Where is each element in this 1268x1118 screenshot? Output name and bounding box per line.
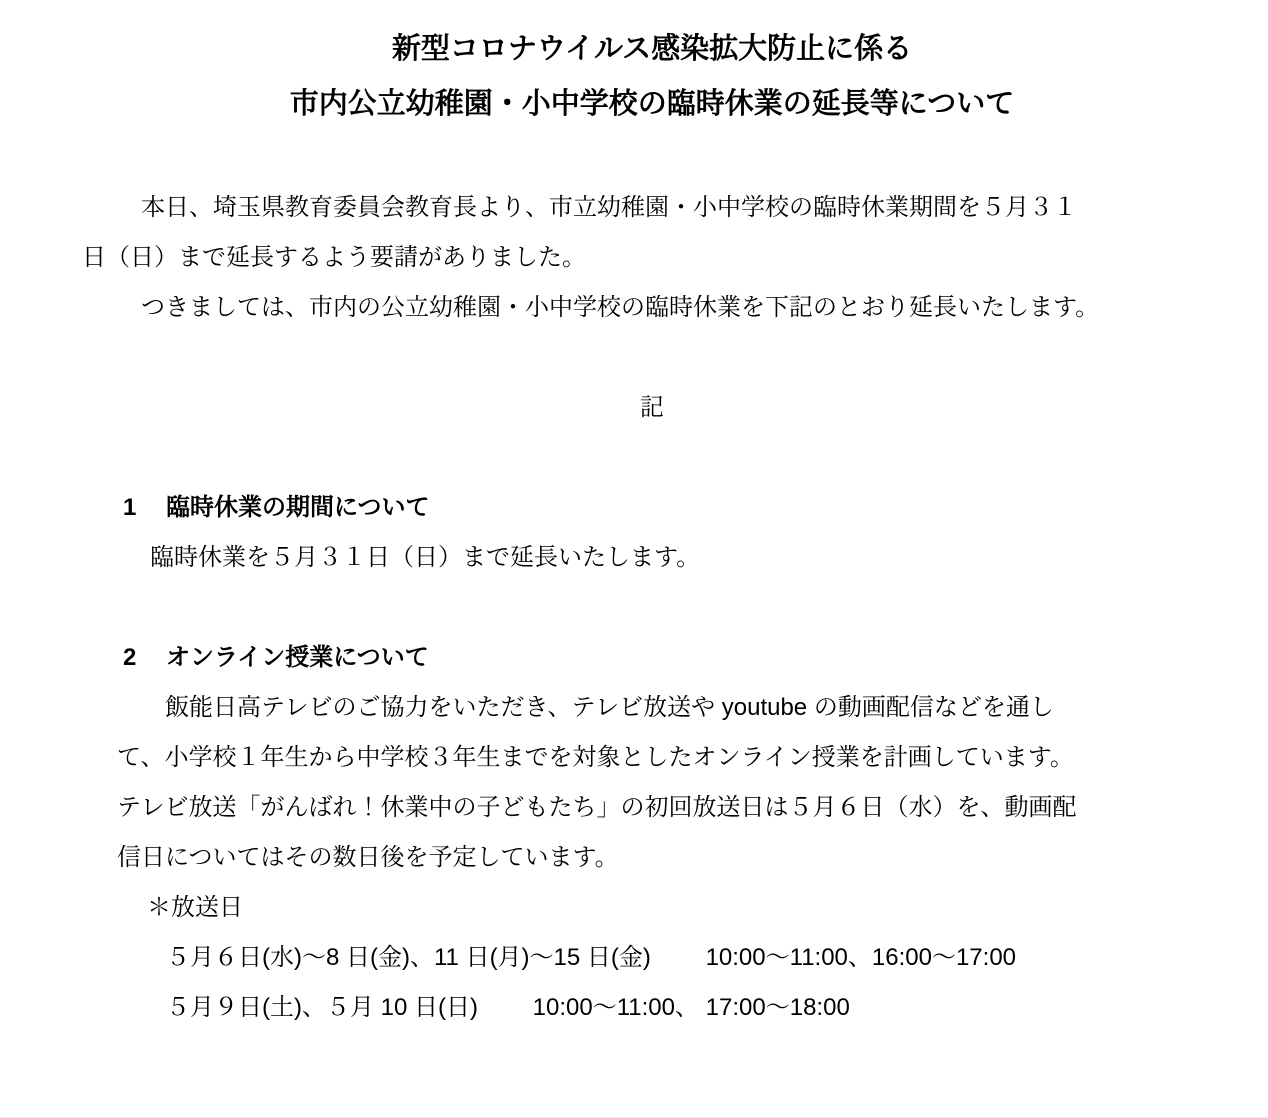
section-2-body: 飯能日高テレビのご協力をいただき、テレビ放送や youtube の動画配信などを… [82,683,1222,883]
section-2-heading-text: オンライン授業について [166,644,429,671]
title-line-2: 市内公立幼稚園・小中学校の臨時休業の延長等について [82,77,1222,132]
record-marker: 記 [82,383,1222,433]
section-1-number: 1 [123,483,166,533]
document-title: 新型コロナウイルス感染拡大防止に係る 市内公立幼稚園・小中学校の臨時休業の延長等… [82,22,1222,132]
section-2-body-line-1: 飯能日高テレビのご協力をいただき、テレビ放送や youtube の動画配信などを… [117,683,1222,733]
section-2-body-line-4: 信日についてはその数日後を予定しています。 [117,833,1222,883]
section-2-body-line-3: テレビ放送「がんばれ！休業中の子どもたち」の初回放送日は５月６日（水）を、動画配 [117,783,1222,833]
document-page: 新型コロナウイルス感染拡大防止に係る 市内公立幼稚園・小中学校の臨時休業の延長等… [0,0,1268,1118]
blank-line [82,333,1222,383]
section-1-heading-text: 臨時休業の期間について [166,494,430,521]
intro-paragraph-1-line-2: 日（日）まで延長するよう要請がありました。 [82,233,1222,283]
section-2-body-line-2: て、小学校１年生から中学校３年生までを対象としたオンライン授業を計画しています。 [117,733,1222,783]
section-2-number: 2 [123,633,166,683]
intro-paragraph-2: つきましては、市内の公立幼稚園・小中学校の臨時休業を下記のとおり延長いたします。 [82,283,1222,333]
title-line-1: 新型コロナウイルス感染拡大防止に係る [82,22,1222,77]
section-1-body-line: 臨時休業を５月３１日（日）まで延長いたします。 [82,533,1222,583]
intro-paragraph-1-line-1: 本日、埼玉県教育委員会教育長より、市立幼稚園・小中学校の臨時休業期間を５月３１ [82,183,1222,233]
blank-line [82,583,1222,633]
blank-line [82,433,1222,483]
broadcast-schedule-line-1: ５月６日(水)～8 日(金)、11 日(月)～15 日(金) 10:00～11:… [82,933,1222,983]
document-body: 本日、埼玉県教育委員会教育長より、市立幼稚園・小中学校の臨時休業期間を５月３１ … [82,183,1222,1033]
section-1-heading: 1臨時休業の期間について [82,483,1222,533]
broadcast-schedule-line-2: ５月９日(土)、５月 10 日(日) 10:00～11:00、 17:00～18… [82,983,1222,1033]
broadcast-note-label: ＊放送日 [82,883,1222,933]
document-content: 新型コロナウイルス感染拡大防止に係る 市内公立幼稚園・小中学校の臨時休業の延長等… [0,0,1268,1033]
section-2-heading: 2オンライン授業について [82,633,1222,683]
